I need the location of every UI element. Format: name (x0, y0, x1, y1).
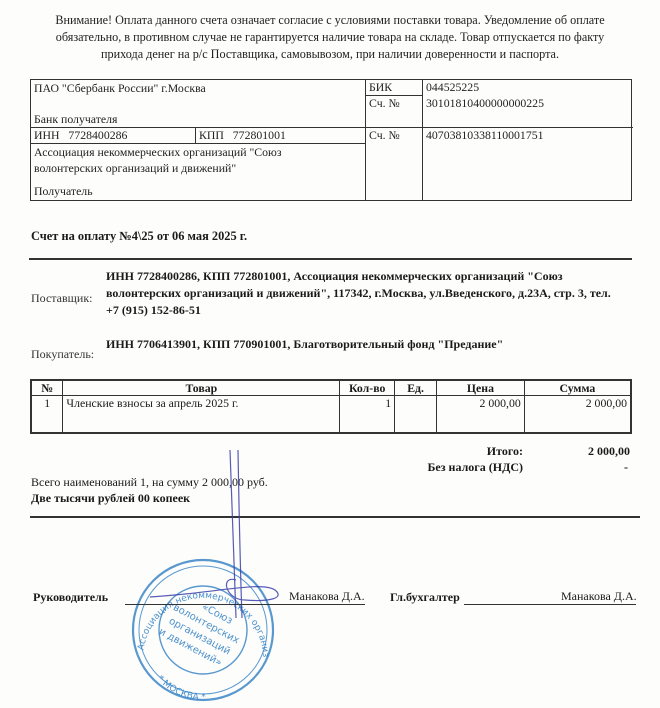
row-unit (395, 396, 437, 434)
notice-line-2: обязательно, в противном случае не гаран… (20, 29, 640, 46)
recipient-name-line-2: волонтерских организаций и движений" (34, 161, 236, 176)
buyer-details: ИНН 7706413901, КПП 770901001, Благотвор… (106, 336, 503, 353)
total-value: 2 000,00 (588, 443, 630, 460)
title-divider (29, 258, 632, 260)
accountant-signature-line (464, 604, 636, 605)
notice-line-1: Внимание! Оплата данного счета означает … (20, 12, 640, 29)
bik-label: БИК (369, 80, 392, 95)
divider (365, 80, 366, 200)
table-header-row: № Товар Кол-во Ед. Цена Сумма (31, 380, 631, 396)
row-product: Членские взносы за апрель 2025 г. (63, 396, 340, 434)
bank-label: Банк получателя (34, 112, 117, 127)
vat-label: Без налога (НДС) (427, 459, 523, 476)
items-table: № Товар Кол-во Ед. Цена Сумма 1 Членские… (30, 379, 632, 434)
accountant-name: Манакова Д.А. (561, 589, 637, 604)
supplier-line-1: ИНН 7728400286, КПП 772801001, Ассоциаци… (106, 268, 636, 285)
director-name: Манакова Д.А. (289, 589, 365, 604)
notice-line-3: прихода денег на р/с Поставщика, самовыв… (20, 46, 640, 63)
col-header-price: Цена (437, 380, 525, 396)
divider (195, 127, 196, 143)
table-row: 1 Членские взносы за апрель 2025 г. 1 2 … (31, 396, 631, 434)
inn-value: 7728400286 (68, 128, 127, 142)
payment-notice: Внимание! Оплата данного счета означает … (20, 12, 640, 63)
recipient-name-line-1: Ассоциация некоммерческих организаций "С… (34, 145, 282, 160)
supplier-details: ИНН 7728400286, КПП 772801001, Ассоциаци… (106, 268, 636, 319)
bank-details-table: ПАО "Сбербанк России" г.Москва Банк полу… (30, 79, 632, 201)
col-header-unit: Ед. (395, 380, 437, 396)
divider (31, 143, 365, 144)
buyer-label: Покупатель: (31, 347, 94, 362)
summary-divider (30, 516, 640, 518)
vat-value: - (624, 459, 628, 476)
corr-account-label: Сч. № (369, 96, 400, 111)
supplier-line-2: волонтерских организаций и движений", 11… (106, 285, 636, 302)
director-label: Руководитель (33, 589, 108, 606)
bank-name: ПАО "Сбербанк России" г.Москва (34, 81, 206, 96)
col-header-product: Товар (63, 380, 340, 396)
total-label: Итого: (487, 443, 523, 460)
supplier-label: Поставщик: (31, 291, 93, 306)
row-price: 2 000,00 (437, 396, 525, 434)
row-number: 1 (31, 396, 63, 434)
col-header-sum: Сумма (524, 380, 631, 396)
kpp-label: КПП (199, 128, 224, 142)
invoice-title: Счет на оплату №4\25 от 06 мая 2025 г. (31, 229, 247, 244)
bik-value: 044525225 (426, 80, 479, 95)
signature-scribble-icon (150, 450, 290, 620)
accountant-label: Гл.бухгалтер (390, 589, 460, 606)
corr-account-value: 30101810400000000225 (426, 96, 544, 111)
account-value: 40703810338110001751 (426, 128, 544, 143)
director-signature-line (125, 604, 365, 605)
inn-label: ИНН (34, 128, 60, 142)
divider (422, 80, 423, 200)
row-qty: 1 (340, 396, 395, 434)
account-label: Сч. № (369, 128, 400, 143)
row-sum: 2 000,00 (524, 396, 631, 434)
kpp-value: 772801001 (233, 128, 286, 142)
kpp-field: КПП 772801001 (199, 128, 286, 143)
recipient-label: Получатель (34, 184, 93, 199)
supplier-line-3: +7 (915) 152-86-51 (106, 302, 636, 319)
inn-field: ИНН 7728400286 (34, 128, 127, 143)
col-header-qty: Кол-во (340, 380, 395, 396)
col-header-number: № (31, 380, 63, 396)
